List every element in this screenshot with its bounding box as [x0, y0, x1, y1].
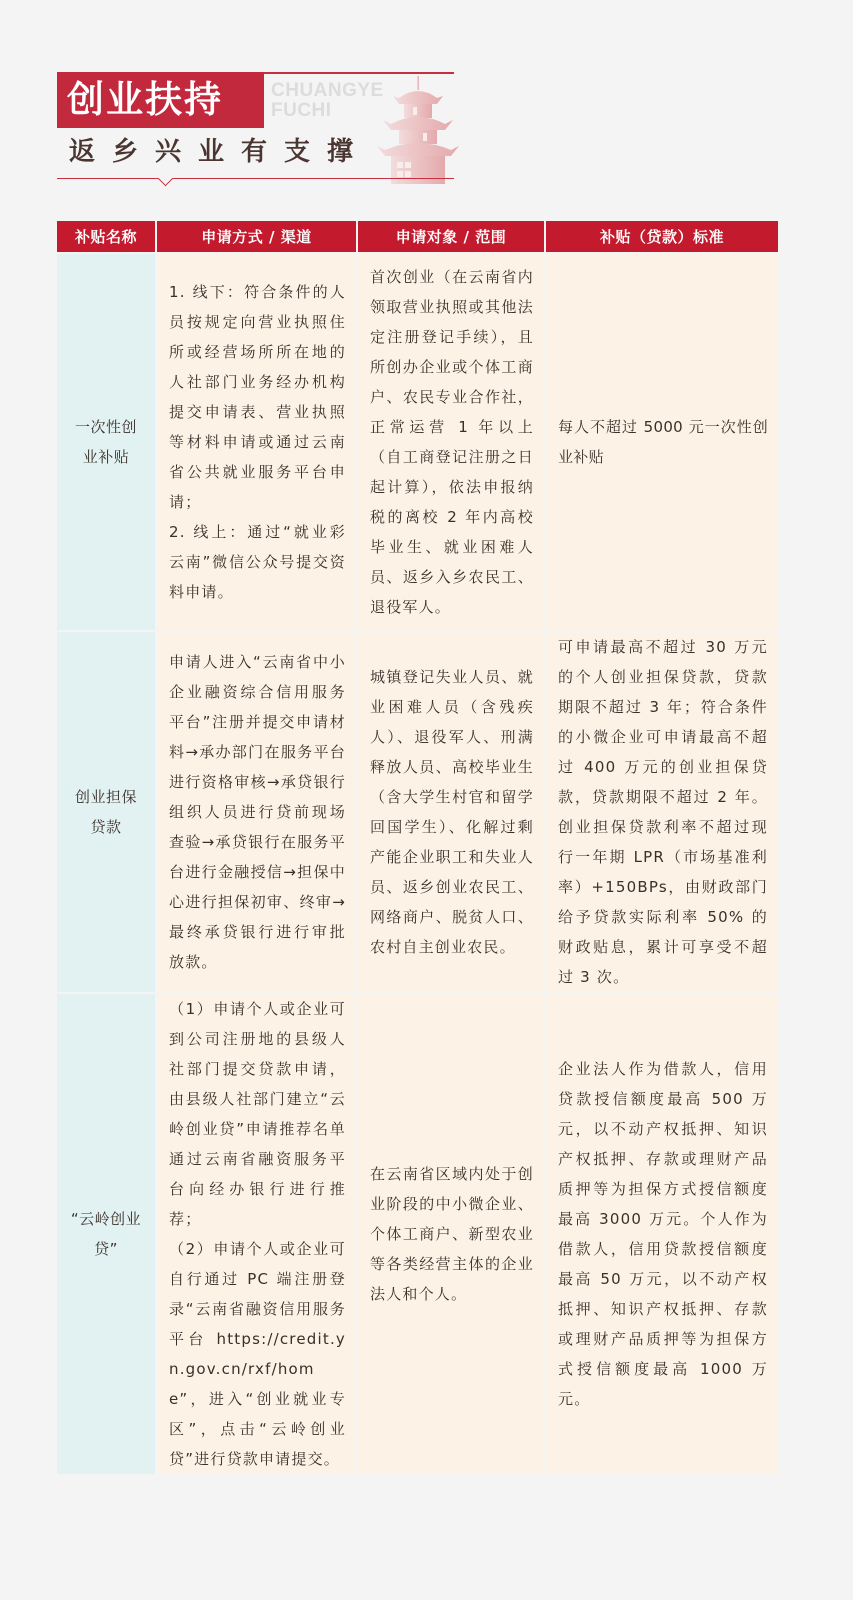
- apply-method-text: 申请人进入“云南省中小企业融资综合信用服务平台”注册并提交申请材料→承办部门在服…: [169, 647, 346, 977]
- header-apply-method: 申请方式 / 渠道: [157, 221, 356, 252]
- row-apply-method: 1. 线下：符合条件的人员按规定向营业执照住所或经营场所所在地的人社部门业务经办…: [157, 254, 356, 630]
- banner-english-line-2: FUCHI: [271, 101, 384, 121]
- banner-title-block: 创业扶持: [57, 72, 264, 128]
- table-row: 一次性创业补贴 1. 线下：符合条件的人员按规定向营业执照住所或经营场所所在地的…: [57, 254, 778, 630]
- row-subsidy-name: 创业担保贷款: [57, 632, 155, 992]
- apply-method-text: （1）申请个人或企业可到公司注册地的县级人社部门提交贷款申请，由县级人社部门建立…: [169, 994, 346, 1474]
- apply-target-text: 首次创业（在云南省内领取营业执照或其他法定注册登记手续），且所创办企业或个体工商…: [370, 262, 534, 622]
- row-apply-target: 在云南省区域内处于创业阶段的中小微企业、个体工商户、新型农业等各类经营主体的企业…: [358, 994, 544, 1474]
- pagoda-icon: [377, 76, 459, 184]
- subsidy-name-text: 创业担保贷款: [69, 782, 144, 842]
- subsidy-table: 补贴名称 申请方式 / 渠道 申请对象 / 范围 补贴（贷款）标准 一次性创业补…: [55, 219, 780, 1476]
- header-subsidy-standard: 补贴（贷款）标准: [546, 221, 778, 252]
- row-apply-target: 城镇登记失业人员、就业困难人员（含残疾人）、退役军人、刑满释放人员、高校毕业生（…: [358, 632, 544, 992]
- table-header-row: 补贴名称 申请方式 / 渠道 申请对象 / 范围 补贴（贷款）标准: [57, 221, 778, 252]
- banner-english-title: CHUANGYE FUCHI: [271, 81, 384, 121]
- subsidy-standard-text: 每人不超过 5000 元一次性创业补贴: [558, 412, 768, 472]
- row-subsidy-name: 一次性创业补贴: [57, 254, 155, 630]
- banner-english-line-1: CHUANGYE: [271, 81, 384, 101]
- row-apply-target: 首次创业（在云南省内领取营业执照或其他法定注册登记手续），且所创办企业或个体工商…: [358, 254, 544, 630]
- row-subsidy-standard: 每人不超过 5000 元一次性创业补贴: [546, 254, 778, 630]
- header-apply-target: 申请对象 / 范围: [358, 221, 544, 252]
- table-row: 创业担保贷款 申请人进入“云南省中小企业融资综合信用服务平台”注册并提交申请材料…: [57, 632, 778, 992]
- row-subsidy-standard: 可申请最高不超过 30 万元的个人创业担保贷款，贷款期限不超过 3 年；符合条件…: [546, 632, 778, 992]
- apply-method-text: 1. 线下：符合条件的人员按规定向营业执照住所或经营场所所在地的人社部门业务经办…: [169, 277, 346, 607]
- row-subsidy-name: “云岭创业贷”: [57, 994, 155, 1474]
- subsidy-standard-text: 可申请最高不超过 30 万元的个人创业担保贷款，贷款期限不超过 3 年；符合条件…: [558, 632, 768, 992]
- row-subsidy-standard: 企业法人作为借款人，信用贷款授信额度最高 500 万元，以不动产权抵押、知识产权…: [546, 994, 778, 1474]
- subsidy-standard-text: 企业法人作为借款人，信用贷款授信额度最高 500 万元，以不动产权抵押、知识产权…: [558, 1054, 768, 1414]
- banner-bottom-rule: [57, 178, 454, 179]
- table-row: “云岭创业贷” （1）申请个人或企业可到公司注册地的县级人社部门提交贷款申请，由…: [57, 994, 778, 1474]
- banner-title: 创业扶持: [67, 76, 223, 124]
- row-apply-method: 申请人进入“云南省中小企业融资综合信用服务平台”注册并提交申请材料→承办部门在服…: [157, 632, 356, 992]
- header-subsidy-name: 补贴名称: [57, 221, 155, 252]
- apply-target-text: 在云南省区域内处于创业阶段的中小微企业、个体工商户、新型农业等各类经营主体的企业…: [370, 1159, 534, 1309]
- banner-notch-marker: [158, 171, 174, 187]
- section-banner: 创业扶持 CHUANGYE FUCHI 返乡: [57, 72, 454, 184]
- apply-target-text: 城镇登记失业人员、就业困难人员（含残疾人）、退役军人、刑满释放人员、高校毕业生（…: [370, 662, 534, 962]
- subsidy-name-text: 一次性创业补贴: [69, 412, 144, 472]
- row-apply-method: （1）申请个人或企业可到公司注册地的县级人社部门提交贷款申请，由县级人社部门建立…: [157, 994, 356, 1474]
- banner-subtitle: 返乡兴业有支撑: [69, 134, 370, 170]
- subsidy-name-text: “云岭创业贷”: [67, 1204, 145, 1264]
